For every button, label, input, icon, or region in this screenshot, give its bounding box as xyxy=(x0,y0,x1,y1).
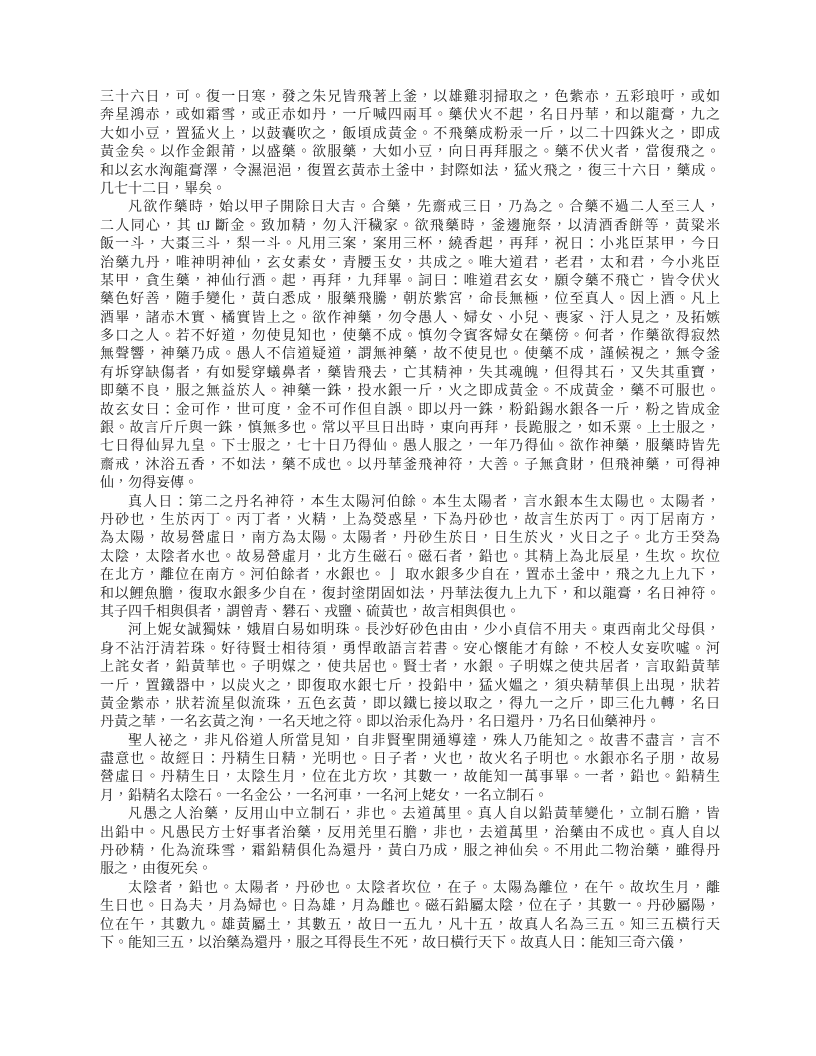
text-line: 服之，由復死矣。 xyxy=(100,861,720,879)
paragraph: 凡欲作藥時，始以甲子開除日大吉。合藥，先齋戒三日，乃為之。合藥不過二人至三人，二… xyxy=(100,199,720,493)
text-line: 治藥九丹，唯神明神仙，玄女素女，青腰玉女，共成之。唯大道君，老君，太和君，今小兆… xyxy=(100,255,720,273)
paragraph: 太陰者，鉛也。太陽者，丹砂也。太陰者坎位，在子。太陽為離位，在午。故坎生月，離生… xyxy=(100,880,720,954)
text-line: 齋戒，沐浴五香，不如法，藥不成也。以丹華釜飛神符，大善。子無貪財，但飛神藥，可得… xyxy=(100,457,720,475)
text-line: 有坼穿缺傷者，有如髮穿蟻鼻者，藥皆飛去，亡其精神，失其魂魄，但得其石，又失其重寶… xyxy=(100,365,720,383)
text-line: 太陰者，鉛也。太陽者，丹砂也。太陰者坎位，在子。太陽為離位，在午。故坎生月，離 xyxy=(100,880,720,898)
paragraph: 聖人祕之，非凡俗道人所當見知，自非賢聖開通導達，殊人乃能知之。故書不盡言，言不盡… xyxy=(100,733,720,807)
text-line: 黃金紫赤，狀若流星似流珠，五色玄黃，即以鐵匕接以取之，得九一之斤，即三化九轉，名… xyxy=(100,696,720,714)
text-line: 一斤，置鐵器中，以炭火之，即復取水銀七斤，投鉛中，猛火媼之，須央精華俱上出現，狀… xyxy=(100,678,720,696)
text-line: 月，鉛精名太陰石。一名金公，一名河車，一名河上姥女，一名立制石。 xyxy=(100,788,720,806)
text-line: 二人同心，其 tlJ 斷金。致加精，勿入汗穢家。欲飛藥時，釜邊施祭，以清酒香餅等… xyxy=(100,218,720,236)
document-text-block: 三十六日，可。復一日寒，發之朱兄皆飛著上釜，以雄雞羽掃取之，色紫赤，五彩琅吁，或… xyxy=(100,89,720,953)
text-line: 盡意也。故經日：丹精生日精，光明也。日子者，火也，故火名子明也。水銀亦名子朋，故… xyxy=(100,751,720,769)
text-line: 聖人祕之，非凡俗道人所當見知，自非賢聖開通導達，殊人乃能知之。故書不盡言，言不 xyxy=(100,733,720,751)
text-line: 出鉛中。凡愚民方士好事者治藥，反用羌里石膽，非也，去道萬里，治藥由不成也。真人自… xyxy=(100,825,720,843)
text-line: 無聲響，神藥乃成。愚人不信道疑道，謂無神藥，故不使見也。使藥不成，謹候視之，無令… xyxy=(100,346,720,364)
text-line: 為太陽，故易營虛日，南方為太陽。太陽者，丹砂生於日，日生於火，火日之子。北方壬癸… xyxy=(100,530,720,548)
text-line: 酒畢，諸赤木實、橘實皆上之。欲作神藥，勿令愚人、婦女、小兒、喪家、汙人見之，及拓… xyxy=(100,310,720,328)
paragraph: 河上妮女誠獨妹，娥眉白易如明珠。長沙好砂色由由，少小貞信不用夫。東西南北父母俱，… xyxy=(100,622,720,732)
text-line: 凡愚之人治藥，反用山中立制石，非也。去道萬里。真人自以鉛黃華變化，立制石膽，皆 xyxy=(100,806,720,824)
text-line: 飯一斗，大棗三斗，梨一斗。凡用三案，案用三杯，繞香起，再拜，祝日：小兆臣某甲，今… xyxy=(100,236,720,254)
text-line: 下。能知三五，以治藥為還丹，服之耳得長生不死，故曰橫行天下。故真人日：能知三奇六… xyxy=(100,935,720,953)
paragraph: 三十六日，可。復一日寒，發之朱兄皆飛著上釜，以雄雞羽掃取之，色紫赤，五彩琅吁，或… xyxy=(100,89,720,199)
text-line: 身不沾汙清若珠。好待賢士相待須，勇悍敢語言若書。安心懷能才有餘，不校人女妄吹噓。… xyxy=(100,641,720,659)
text-line: 大如小豆，置猛火上，以鼓囊吹之，飯頃成黃金。不飛藥成粉汞一斤，以二十四銖火之，即… xyxy=(100,126,720,144)
text-line: 几七十二日，畢矣。 xyxy=(100,181,720,199)
text-line: 在北方，離位在南方。河伯餘者，水銀也。亅 取水銀多少自在，置赤土釜中，飛之九上九… xyxy=(100,567,720,585)
text-line: 黃金矣。以作金銀莆，以盛藥。欲服藥，大如小豆，向日再拜服之。藥不伏火者，當復飛之… xyxy=(100,144,720,162)
text-line: 丹砂精，化為流珠雪，霜鉛精俱化為還丹，黃白乃成，服之神仙矣。不用此二物治藥，雖得… xyxy=(100,843,720,861)
text-line: 位在午，其數九。雄黃屬土，其數五，故曰一五九，凡十五，故真人名為三五。知三五橫行… xyxy=(100,917,720,935)
text-line: 凡欲作藥時，始以甲子開除日大吉。合藥，先齋戒三日，乃為之。合藥不過二人至三人， xyxy=(100,199,720,217)
text-line: 七日得仙昇九皇。下士服之，七十日乃得仙。愚人服之，一年乃得仙。欲作神藥，服藥時皆… xyxy=(100,438,720,456)
text-line: 奔星鴻赤，或如霜雪，或正赤如丹，一斤喊四兩耳。藥伏火不起，名日丹華，和以龍膏，九… xyxy=(100,107,720,125)
text-line: 丹砂也，生於丙丁。丙丁者，火精，上為熒惑星，下為丹砂也，故言生於丙丁。丙丁居南方… xyxy=(100,512,720,530)
text-line: 其子四千相與俱者，謂曾青、礬石、戎鹽、硫黃也，故言相與俱也。 xyxy=(100,604,720,622)
text-line: 仙，勿得妄傳。 xyxy=(100,475,720,493)
text-line: 和以玄水洶龍膏澤，令濕浥浥，復置玄黃赤土釜中，封際如法，猛火飛之，復三十六日，藥… xyxy=(100,163,720,181)
document-page: 三十六日，可。復一日寒，發之朱兄皆飛著上釜，以雄雞羽掃取之，色紫赤，五彩琅吁，或… xyxy=(0,0,816,1056)
text-line: 故玄女曰：金可作，世可度，金不可作但自誤。即以丹一銖，粉鉛錫水銀各一斤，粉之皆成… xyxy=(100,402,720,420)
text-line: 某甲，貪生藥，神仙行酒。起，再拜，九拜畢。詞曰：唯道君玄女，願令藥不飛亡，皆令伏… xyxy=(100,273,720,291)
text-line: 太陰，太陰者水也。故易營虛月，北方生磁石。磁石者，鉛也。其精上為北辰星，生坎。坎… xyxy=(100,549,720,567)
text-line: 和以鯉魚膽，復取水銀多少自在，復封塗閉固如法，丹華法復九上九下，和以龍膏，名日神… xyxy=(100,586,720,604)
text-line: 三十六日，可。復一日寒，發之朱兄皆飛著上釜，以雄雞羽掃取之，色紫赤，五彩琅吁，或… xyxy=(100,89,720,107)
text-line: 河上妮女誠獨妹，娥眉白易如明珠。長沙好砂色由由，少小貞信不用夫。東西南北父母俱， xyxy=(100,622,720,640)
text-line: 多口之人。若不好道，勿使見知也，使藥不成。慎勿令賓客婦女在藥傍。何者，作藥欲得寂… xyxy=(100,328,720,346)
text-line: 即藥不良，服之無益於人。神藥一銖，投水銀一斤，火之即成黃金。不成黃金，藥不可服也… xyxy=(100,383,720,401)
text-line: 營虛日。丹精生日，太陰生月，位在北方坎，其數一，故能知一萬事畢。一者，鉛也。鉛精… xyxy=(100,769,720,787)
text-line: 藥色好善，隨手變化，黃白悉成，服藥飛騰，朝於紫宮，命長無極，位至真人。因上酒。凡… xyxy=(100,291,720,309)
text-line: 真人日：第二之丹名神符，本生太陽河伯餘。本生太陽者，言水銀本生太陽也。太陽者， xyxy=(100,494,720,512)
paragraph: 凡愚之人治藥，反用山中立制石，非也。去道萬里。真人自以鉛黃華變化，立制石膽，皆出… xyxy=(100,806,720,880)
text-line: 上詫女者，鉛黃華也。子明媒之，使共居也。賢士者，水銀。子明媒之使共居者，言取鉛黃… xyxy=(100,659,720,677)
text-line: 生日也。日為夫，月為婦也。日為雄，月為雌也。磁石鉛屬太陰，位在子，其數一。丹砂屬… xyxy=(100,898,720,916)
text-line: 丹黃之華，一名玄黃之洵，一名天地之符。即以治汞化為丹，名曰還丹，乃名日仙藥神丹。 xyxy=(100,714,720,732)
paragraph: 真人日：第二之丹名神符，本生太陽河伯餘。本生太陽者，言水銀本生太陽也。太陽者，丹… xyxy=(100,494,720,623)
text-line: 銀。故言斤斤與一銖，慎無多也。常以平旦日出時，東向再拜，長跪服之，如禾粟。上士服… xyxy=(100,420,720,438)
